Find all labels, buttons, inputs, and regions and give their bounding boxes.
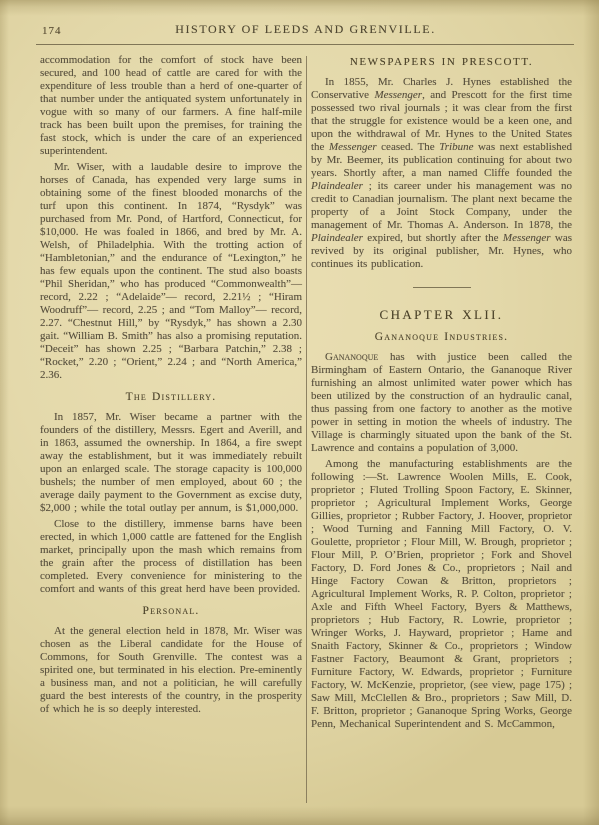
paragraph: In 1855, Mr. Charles J. Hynes establishe… bbox=[311, 76, 572, 271]
section-heading: Personal. bbox=[40, 605, 302, 618]
book-page: 174 HISTORY OF LEEDS AND GRENVILLE. acco… bbox=[0, 0, 599, 825]
italic-title: Plaindealer bbox=[311, 232, 363, 244]
italic-title: Messenger bbox=[503, 232, 551, 244]
chapter-heading: CHAPTER XLII. bbox=[311, 308, 572, 321]
page-number: 174 bbox=[42, 25, 62, 37]
text-run: ceased. The bbox=[377, 141, 440, 153]
paragraph: Mr. Wiser, with a laudable desire to imp… bbox=[40, 161, 302, 382]
italic-title: Tribune bbox=[439, 141, 473, 153]
paragraph: Gananoque has with justice been called t… bbox=[311, 351, 572, 455]
paragraph: In 1857, Mr. Wiser became a partner with… bbox=[40, 411, 302, 515]
paragraph: At the general election held in 1878, Mr… bbox=[40, 625, 302, 716]
paragraph: accommodation for the comfort of stock h… bbox=[40, 54, 302, 158]
text-run: has with justice been called the Birming… bbox=[311, 351, 572, 454]
right-column: NEWSPAPERS IN PRESCOTT.In 1855, Mr. Char… bbox=[311, 54, 572, 819]
paragraph: Among the manufacturing establishments a… bbox=[311, 458, 572, 731]
italic-title: Messenger bbox=[329, 141, 377, 153]
left-column: accommodation for the comfort of stock h… bbox=[40, 54, 302, 819]
column-divider-rule bbox=[306, 56, 307, 803]
running-title: HISTORY OF LEEDS AND GRENVILLE. bbox=[38, 22, 573, 37]
header-rule bbox=[36, 44, 574, 45]
italic-title: Messenger bbox=[374, 89, 422, 101]
text-run: expired, but shortly after the bbox=[363, 232, 503, 244]
smallcaps-lead-word: Gananoque bbox=[325, 351, 378, 363]
page-header: 174 HISTORY OF LEEDS AND GRENVILLE. bbox=[38, 22, 573, 40]
page-columns: accommodation for the comfort of stock h… bbox=[40, 54, 572, 819]
section-heading: The Distillery. bbox=[40, 391, 302, 404]
italic-title: Plaindealer bbox=[311, 180, 363, 192]
section-divider-rule bbox=[413, 287, 471, 288]
section-heading: Gananoque Industries. bbox=[311, 331, 572, 344]
section-heading: NEWSPAPERS IN PRESCOTT. bbox=[311, 56, 572, 69]
paragraph: Close to the distillery, immense barns h… bbox=[40, 518, 302, 596]
